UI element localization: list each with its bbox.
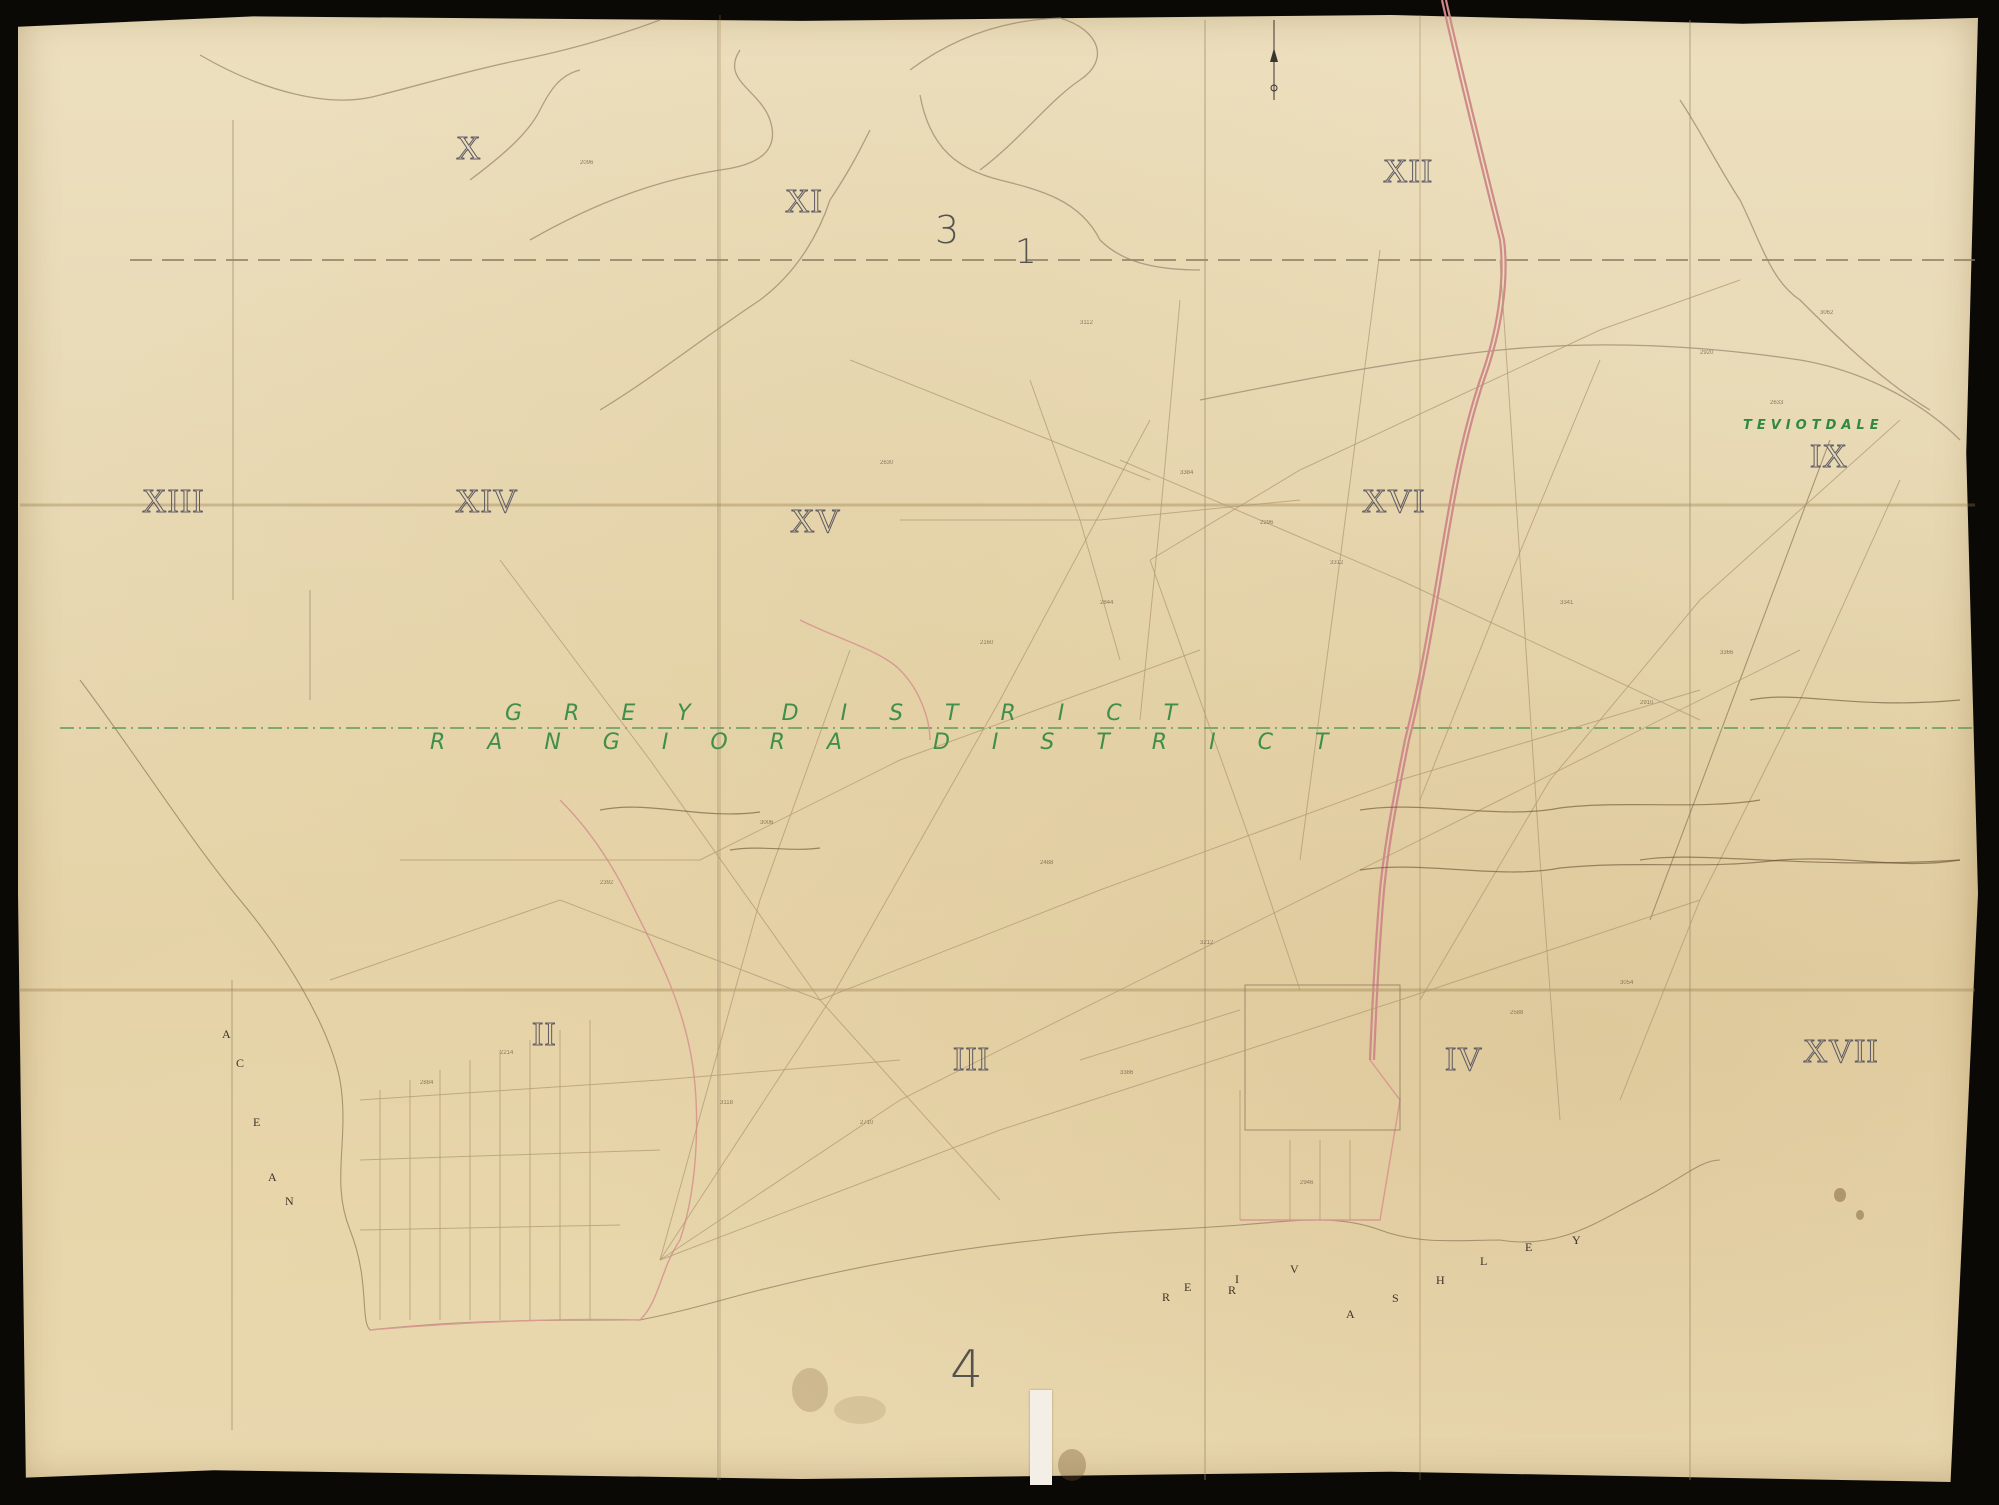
coast-letter: A xyxy=(268,1170,277,1185)
block-label-ii: II xyxy=(532,1018,557,1052)
coast-letter: E xyxy=(1525,1240,1532,1255)
coast-letter: R xyxy=(1162,1290,1170,1305)
coast-letter: Y xyxy=(1572,1233,1581,1248)
block-label-xv: XV xyxy=(790,505,841,539)
coast-letter: R xyxy=(1228,1283,1236,1298)
coast-letter: V xyxy=(1290,1262,1299,1277)
river xyxy=(1680,100,1930,410)
paper-damage xyxy=(600,697,1960,1481)
coast-letter: A xyxy=(1346,1307,1355,1322)
coast-letter: A xyxy=(222,1027,231,1042)
river xyxy=(470,70,580,180)
block-label-iii: III xyxy=(953,1043,990,1077)
place-label-teviotdale: TEVIOTDALE xyxy=(1743,418,1884,433)
coast-letter: L xyxy=(1480,1254,1487,1269)
coast-letter: S xyxy=(1392,1291,1399,1306)
coast-letter: E xyxy=(253,1115,260,1130)
lot-lines xyxy=(380,1020,1350,1320)
block-label-x: X xyxy=(456,132,482,166)
coast-letter: E xyxy=(1184,1280,1191,1295)
river xyxy=(530,50,773,240)
district-label-rangiora: RANGIORA DISTRICT xyxy=(430,732,1370,754)
block-label-xvii: XVII xyxy=(1803,1035,1879,1069)
road xyxy=(370,800,697,1330)
pencil-mark: 1 xyxy=(1015,232,1037,272)
north-arrow xyxy=(1270,20,1278,100)
pencil-mark: 3 xyxy=(935,208,959,252)
river xyxy=(600,130,870,410)
pencil-mark: 4 xyxy=(950,1340,983,1400)
coastline xyxy=(80,680,1720,1330)
block-label-xvi: XVI xyxy=(1362,485,1425,519)
district-label-grey: GREY DISTRICT xyxy=(505,703,1219,725)
river xyxy=(920,95,1200,270)
block-label-iv: IV xyxy=(1445,1043,1483,1077)
coast-letter: C xyxy=(236,1056,244,1071)
block-label-xiv: XIV xyxy=(455,485,518,519)
block-label-xii: XII xyxy=(1383,155,1433,189)
river xyxy=(200,20,660,100)
coast-letter: H xyxy=(1436,1273,1445,1288)
river xyxy=(910,18,1097,170)
coast-letter: N xyxy=(285,1194,294,1209)
block-label-xi: XI xyxy=(785,185,823,219)
survey-lines xyxy=(330,250,1900,1260)
block-label-xiii: XIII xyxy=(142,485,205,519)
repair-tape xyxy=(1030,1390,1052,1485)
block-label-ix: IX xyxy=(1810,440,1848,474)
